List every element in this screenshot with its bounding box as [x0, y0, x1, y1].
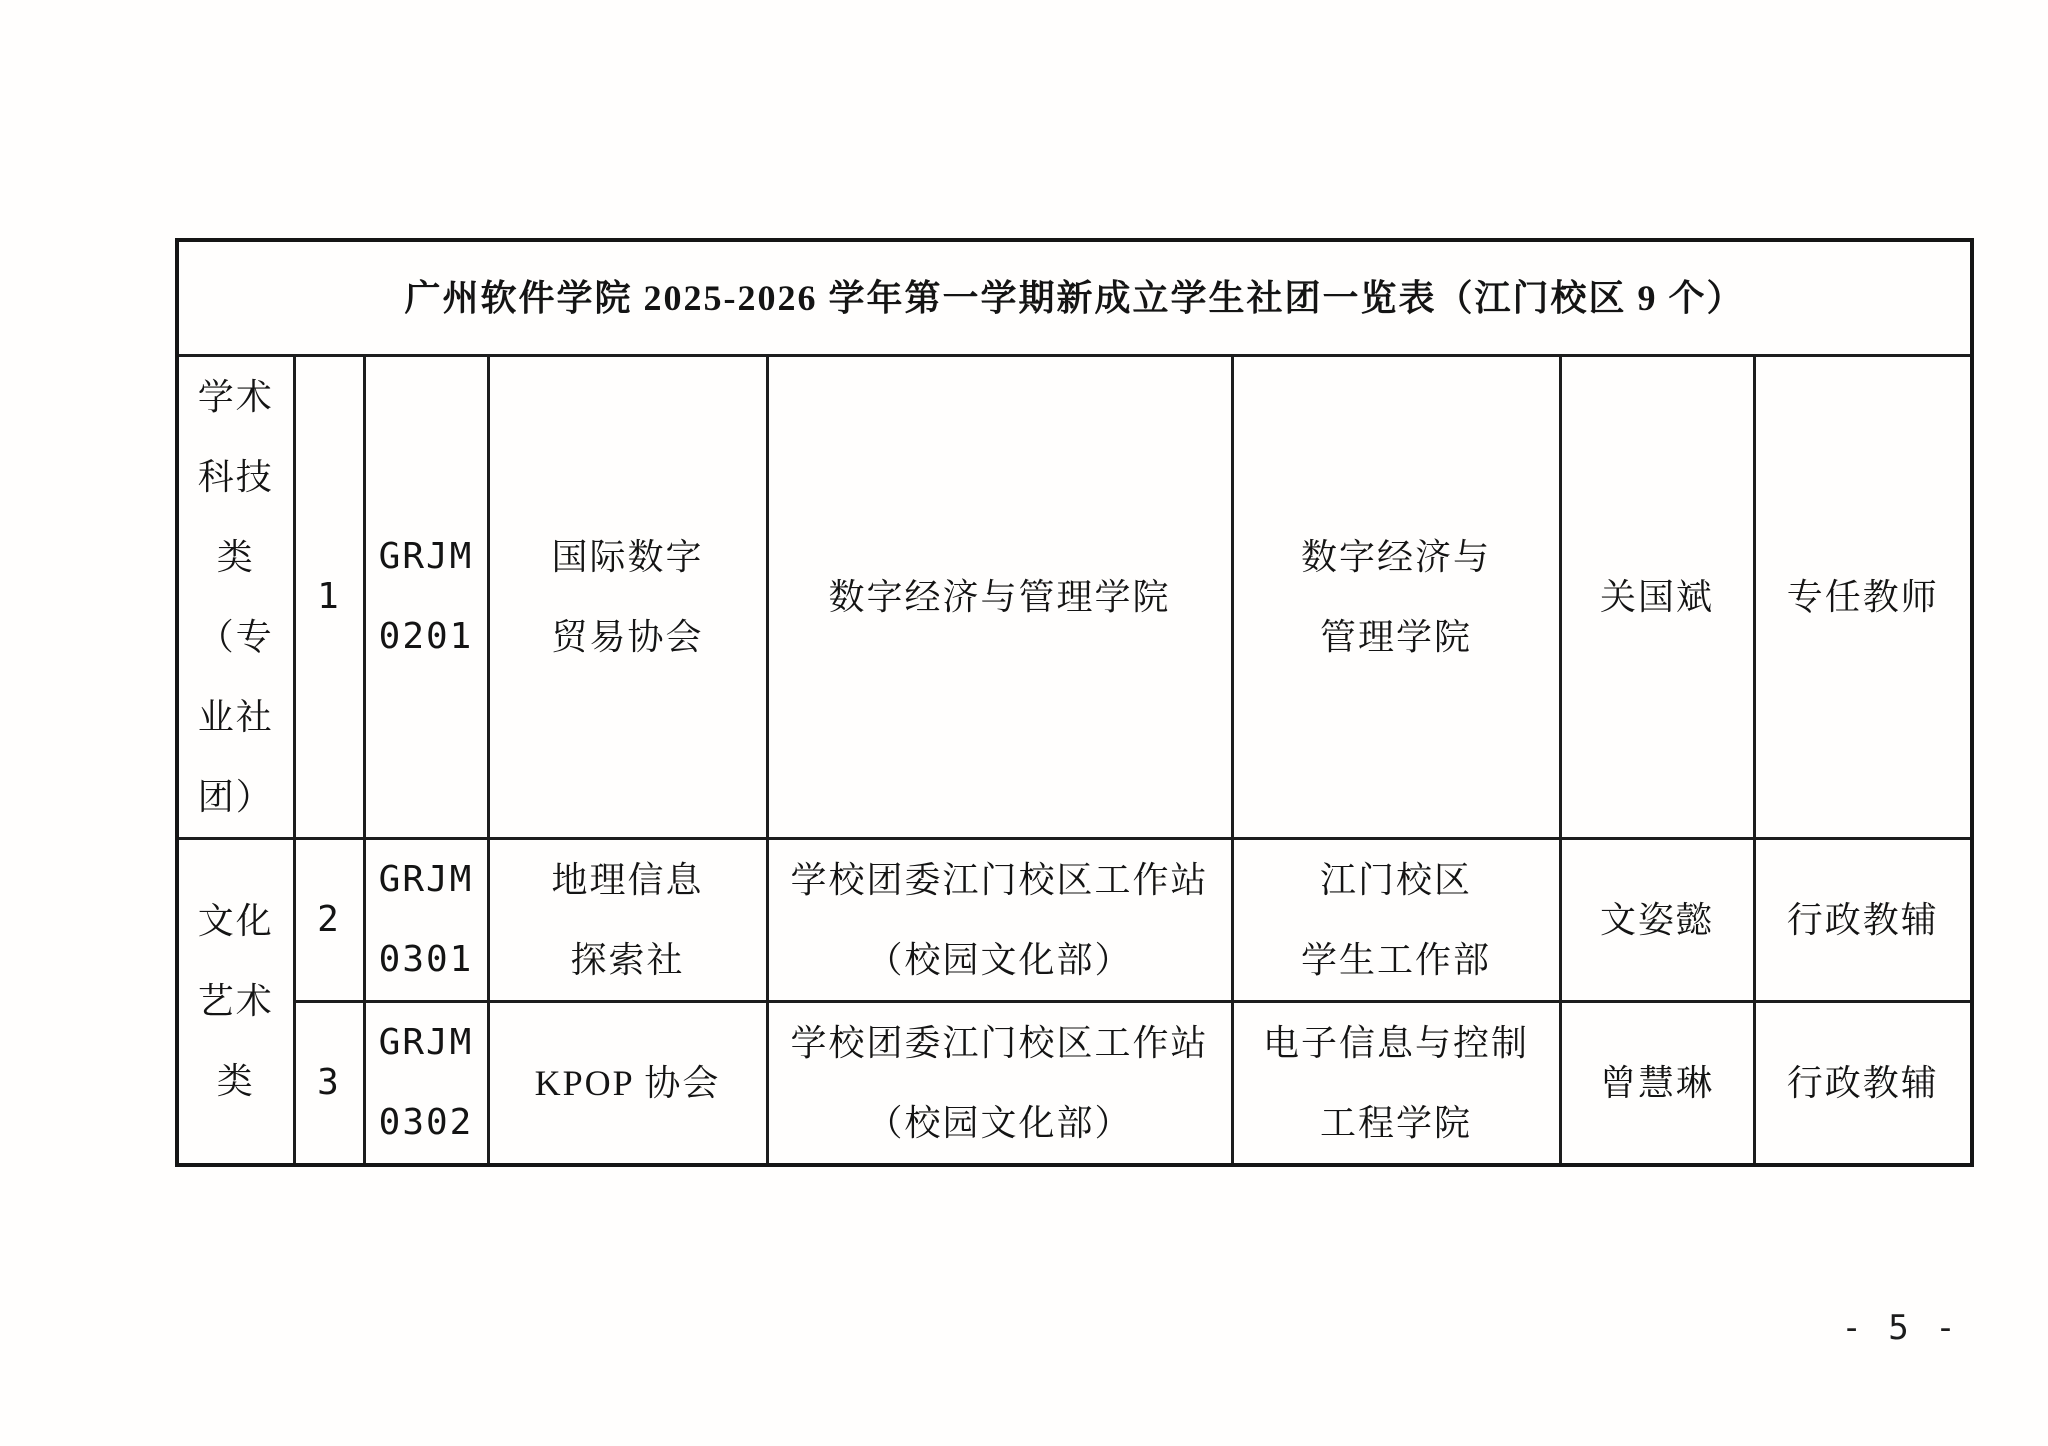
cell-club-name: 国际数字 贸易协会: [488, 355, 767, 838]
cell-advisor: 文姿懿: [1560, 838, 1754, 1001]
table-title: 广州软件学院 2025-2026 学年第一学期新成立学生社团一览表（江门校区 9…: [177, 240, 1972, 355]
cell-category-academic: 学术 科技 类 （专 业社 团）: [177, 355, 294, 838]
cell-code: GRJM 0201: [364, 355, 488, 838]
cell-affiliated-unit: 数字经济与管理学院: [767, 355, 1232, 838]
cell-advisor: 关国斌: [1560, 355, 1754, 838]
cell-advisor-type: 专任教师: [1754, 355, 1972, 838]
cell-code: GRJM 0302: [364, 1001, 488, 1165]
cell-club-name: 地理信息 探索社: [488, 838, 767, 1001]
clubs-table: 广州软件学院 2025-2026 学年第一学期新成立学生社团一览表（江门校区 9…: [175, 238, 1974, 1167]
cell-category-culture-art: 文化 艺术 类: [177, 838, 294, 1165]
cell-advisor-type: 行政教辅: [1754, 838, 1972, 1001]
document-page: 广州软件学院 2025-2026 学年第一学期新成立学生社团一览表（江门校区 9…: [0, 0, 2048, 1446]
cell-affiliated-unit: 学校团委江门校区工作站 （校园文化部）: [767, 838, 1232, 1001]
cell-serial: 2: [294, 838, 364, 1001]
cell-serial: 1: [294, 355, 364, 838]
page-number: - 5 -: [1820, 1308, 1980, 1348]
cell-advisor-type: 行政教辅: [1754, 1001, 1972, 1165]
cell-code: GRJM 0301: [364, 838, 488, 1001]
cell-advisor: 曾慧琳: [1560, 1001, 1754, 1165]
cell-club-name: KPOP 协会: [488, 1001, 767, 1165]
cell-guidance-unit: 电子信息与控制 工程学院: [1232, 1001, 1560, 1165]
cell-serial: 3: [294, 1001, 364, 1165]
cell-affiliated-unit: 学校团委江门校区工作站 （校园文化部）: [767, 1001, 1232, 1165]
cell-guidance-unit: 数字经济与 管理学院: [1232, 355, 1560, 838]
cell-guidance-unit: 江门校区 学生工作部: [1232, 838, 1560, 1001]
